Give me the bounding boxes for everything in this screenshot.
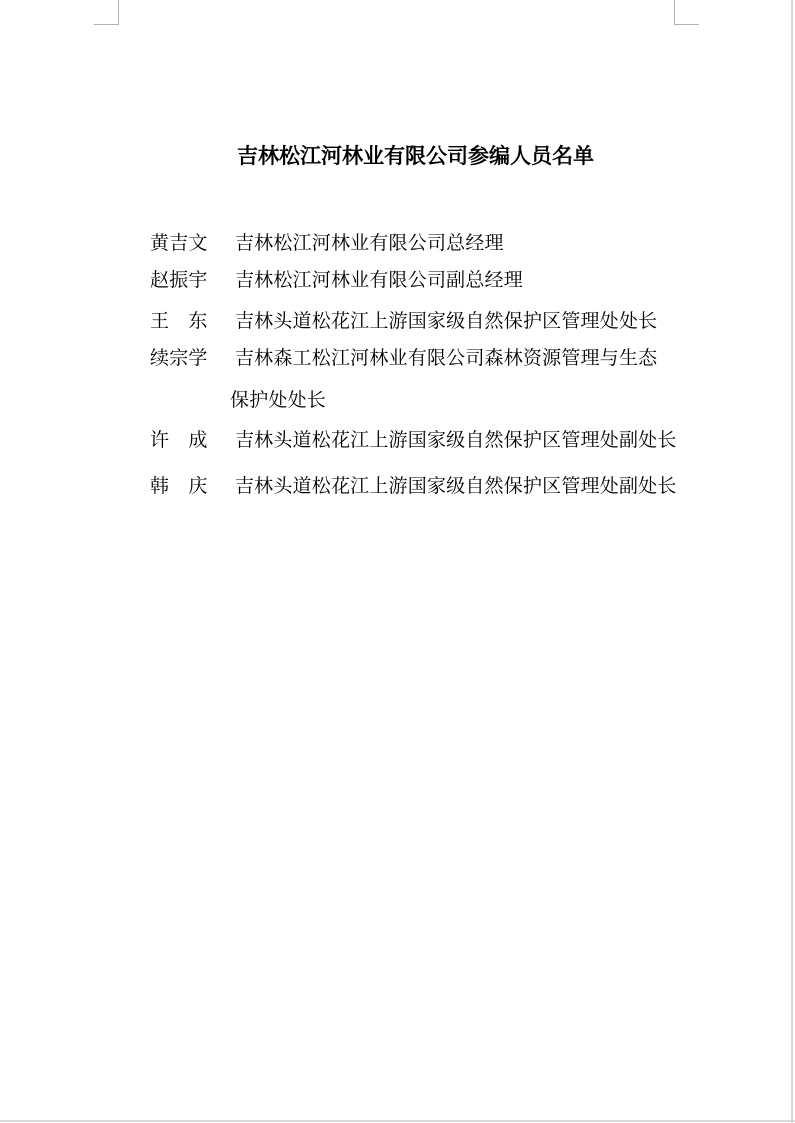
member-role: 吉林头道松花江上游国家级自然保护区管理处处长	[235, 311, 657, 332]
page-edge-right	[791, 0, 793, 1123]
roster-entry-row: 赵振宇 吉林松江河林业有限公司副总经理	[150, 271, 523, 290]
roster-continuation-row: 保护处处长	[230, 391, 326, 410]
member-name: 续宗学	[150, 349, 230, 368]
margin-mark-top-left-vertical	[118, 0, 119, 25]
roster-entry-row: 许 成 吉林头道松花江上游国家级自然保护区管理处副处长	[150, 431, 677, 450]
member-role: 吉林松江河林业有限公司总经理	[235, 233, 504, 254]
member-role: 吉林头道松花江上游国家级自然保护区管理处副处长	[235, 430, 677, 451]
member-name: 黄吉文	[150, 234, 230, 253]
member-role: 吉林松江河林业有限公司副总经理	[235, 270, 523, 291]
member-name: 王 东	[150, 312, 230, 331]
member-name: 许 成	[150, 431, 230, 450]
document-title: 吉林松江河林业有限公司参编人员名单	[237, 146, 594, 167]
margin-mark-top-right-horizontal	[675, 24, 699, 25]
document-page: 吉林松江河林业有限公司参编人员名单 黄吉文 吉林松江河林业有限公司总经理 赵振宇…	[0, 0, 795, 1123]
roster-entry-row: 黄吉文 吉林松江河林业有限公司总经理	[150, 234, 504, 253]
member-name: 赵振宇	[150, 271, 230, 290]
roster-entry-row: 续宗学 吉林森工松江河林业有限公司森林资源管理与生态	[150, 349, 657, 368]
roster-entry-row: 韩 庆 吉林头道松花江上游国家级自然保护区管理处副处长	[150, 477, 677, 496]
member-role: 吉林头道松花江上游国家级自然保护区管理处副处长	[235, 476, 677, 497]
member-role-continuation: 保护处处长	[230, 390, 326, 411]
margin-mark-top-right-vertical	[674, 0, 675, 25]
member-name: 韩 庆	[150, 477, 230, 496]
page-edge-bottom	[0, 1120, 795, 1122]
margin-mark-top-left-horizontal	[94, 24, 118, 25]
roster-entry-row: 王 东 吉林头道松花江上游国家级自然保护区管理处处长	[150, 312, 657, 331]
member-role: 吉林森工松江河林业有限公司森林资源管理与生态	[235, 348, 657, 369]
